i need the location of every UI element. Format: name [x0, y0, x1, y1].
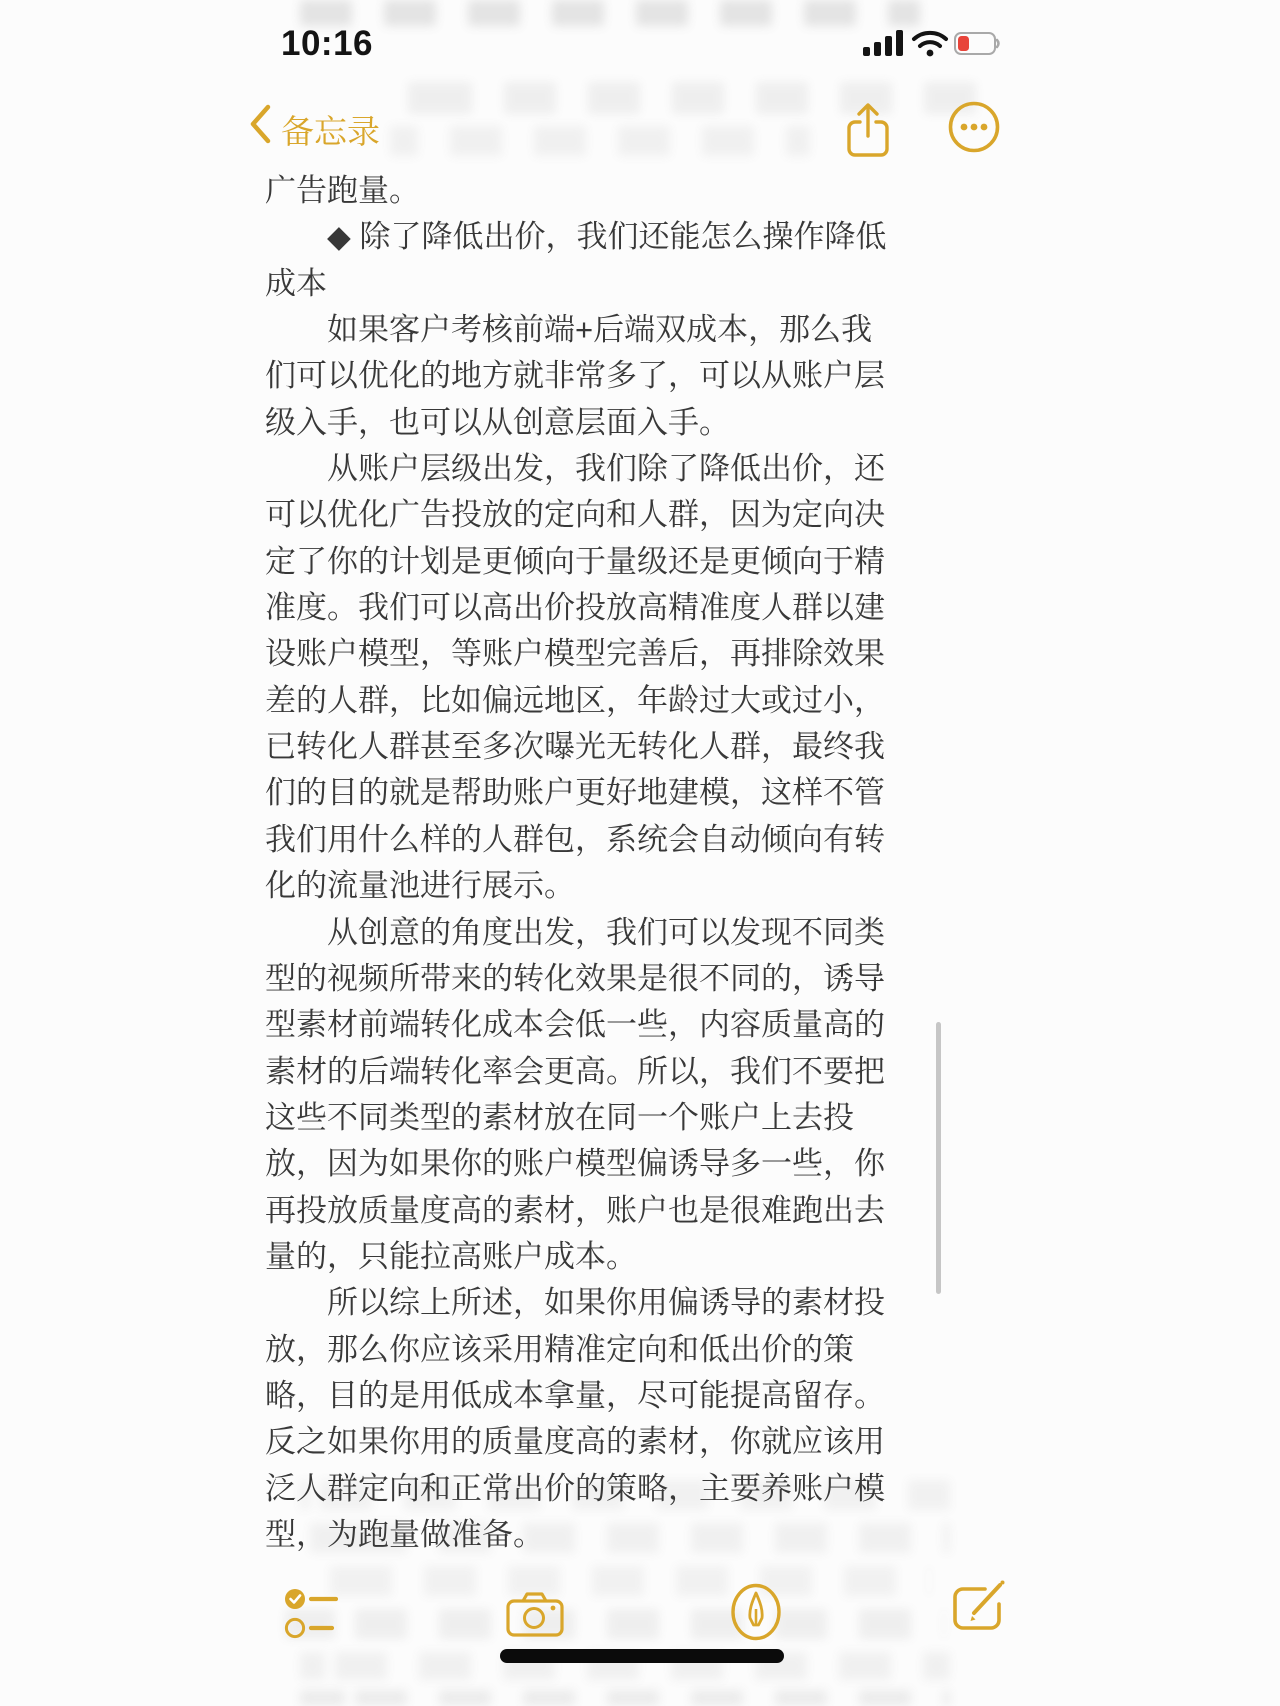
note-text-line: 已转化人群甚至多次曝光无转化人群，最终我: [265, 724, 905, 770]
note-text-line: 型素材前端转化成本会低一些，内容质量高的: [265, 1002, 905, 1048]
note-text-line: 设账户模型，等账户模型完善后，再排除效果: [265, 631, 905, 677]
note-text-line: 放，那么你应该采用精准定向和低出价的策: [265, 1327, 905, 1373]
note-text-line: 广告跑量。: [265, 168, 905, 214]
note-body[interactable]: 广告跑量。◆ 除了降低出价，我们还能怎么操作降低成本如果客户考核前端+后端双成本…: [265, 168, 905, 1558]
note-text-line: 化的流量池进行展示。: [265, 863, 905, 909]
ghost-text-artifact: [330, 1566, 930, 1596]
ghost-text-artifact: [390, 82, 990, 114]
note-text-line: 型，为跑量做准备。: [265, 1512, 905, 1558]
note-text-line: 所以综上所述，如果你用偏诱导的素材投: [265, 1280, 905, 1326]
note-text-line: 如果客户考核前端+后端双成本，那么我: [265, 307, 905, 353]
more-options-icon[interactable]: [947, 100, 1001, 154]
scrollbar[interactable]: [936, 1022, 941, 1294]
notes-app-screen: 10:16 备忘录 广告跑量。◆ 除了降低出价，我们还能怎么操作降低成本如果客户…: [0, 0, 1280, 1706]
note-text-line: 型的视频所带来的转化效果是很不同的，诱导: [265, 956, 905, 1002]
note-text-line: 们可以优化的地方就非常多了，可以从账户层: [265, 353, 905, 399]
note-text-line: 再投放质量度高的素材，账户也是很难跑出去: [265, 1188, 905, 1234]
ghost-text-artifact: [300, 1690, 950, 1706]
home-indicator[interactable]: [500, 1649, 784, 1663]
note-text-line: 素材的后端转化率会更高。所以，我们不要把: [265, 1049, 905, 1095]
note-text-line: 放，因为如果你的账户模型偏诱导多一些，你: [265, 1141, 905, 1187]
note-text-line: 们的目的就是帮助账户更好地建模，这样不管: [265, 770, 905, 816]
note-text-line: 成本: [265, 261, 905, 307]
back-chevron-icon[interactable]: [249, 104, 271, 144]
checklist-icon[interactable]: [284, 1586, 338, 1642]
note-text-line: 量的，只能拉高账户成本。: [265, 1234, 905, 1280]
note-text-line: 准度。我们可以高出价投放高精准度人群以建: [265, 585, 905, 631]
note-text-line: 略，目的是用低成本拿量，尽可能提高留存。: [265, 1373, 905, 1419]
note-text-line: 从创意的角度出发，我们可以发现不同类: [265, 910, 905, 956]
camera-icon[interactable]: [506, 1590, 564, 1638]
ghost-text-artifact: [390, 126, 810, 156]
note-text-line: 泛人群定向和正常出价的策略，主要养账户模: [265, 1466, 905, 1512]
note-text-line: 差的人群，比如偏远地区，年龄过大或过小，: [265, 678, 905, 724]
compose-icon[interactable]: [951, 1576, 1011, 1636]
wifi-icon: [911, 29, 949, 57]
note-text-line: ◆ 除了降低出价，我们还能怎么操作降低: [265, 214, 905, 260]
note-text-line: 可以优化广告投放的定向和人群，因为定向决: [265, 492, 905, 538]
note-text-line: 我们用什么样的人群包，系统会自动倾向有转: [265, 817, 905, 863]
markup-pen-icon[interactable]: [730, 1582, 782, 1642]
note-text-line: 定了你的计划是更倾向于量级还是更倾向于精: [265, 539, 905, 585]
cellular-signal-icon: [863, 30, 907, 56]
back-button[interactable]: 备忘录: [281, 106, 380, 153]
ghost-text-artifact: [285, 1609, 945, 1639]
share-icon[interactable]: [845, 100, 891, 160]
note-text-line: 级入手，也可以从创意层面入手。: [265, 400, 905, 446]
ghost-text-artifact: [300, 0, 920, 26]
note-text-line: 反之如果你用的质量度高的素材，你就应该用: [265, 1419, 905, 1465]
note-text-line: 这些不同类型的素材放在同一个账户上去投: [265, 1095, 905, 1141]
status-time: 10:16: [281, 24, 373, 64]
note-text-line: 从账户层级出发，我们除了降低出价，还: [265, 446, 905, 492]
battery-icon: [954, 32, 1000, 55]
